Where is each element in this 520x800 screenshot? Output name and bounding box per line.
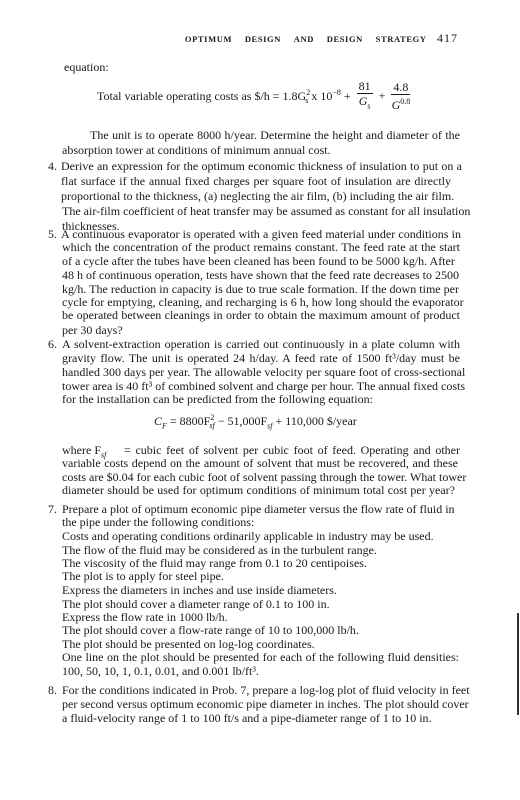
- fraction-81: 81 Gs: [357, 79, 373, 113]
- frac-den: Gs: [357, 94, 373, 113]
- problem-line: a fluid-velocity range of 1 to 100 ft/s …: [62, 711, 432, 725]
- eq-label: Total variable operating costs as $/h = …: [97, 89, 306, 103]
- problem-line: of a cycle after the tubes have been cle…: [62, 254, 452, 268]
- running-head-word: DESIGN: [245, 34, 281, 44]
- problem-line: gravity flow. The unit is operated 24 h/…: [62, 351, 460, 365]
- eq-plus: +: [379, 89, 389, 103]
- problem-line: The air-film coefficient of heat transfe…: [62, 204, 460, 218]
- running-head-title: OPTIMUM DESIGN AND DESIGN STRATEGY: [175, 34, 429, 44]
- frac-num: 4.8: [391, 80, 410, 95]
- frac-den-sup: 0.8: [400, 97, 410, 106]
- problem-line: flat surface if the annual fixed charges…: [61, 174, 451, 188]
- problem-line: be operated between cleanings in order t…: [62, 308, 460, 322]
- problem-line: The viscosity of the fluid may range fro…: [62, 556, 367, 570]
- eq-plus: +: [341, 89, 354, 103]
- running-head-word: DESIGN: [327, 34, 363, 44]
- intro-lead: equation:: [64, 60, 109, 74]
- book-page: OPTIMUM DESIGN AND DESIGN STRATEGY 417 e…: [0, 0, 520, 800]
- problem-line: the pipe under the following conditions:: [62, 515, 254, 529]
- problem-number: 8.: [48, 683, 57, 697]
- problem-number: 6.: [48, 337, 57, 351]
- eq-text: Total variable operating costs as $/h = …: [97, 89, 354, 103]
- problem-line: per 30 days?: [62, 323, 123, 337]
- problem-line: The plot should cover a flow-rate range …: [62, 623, 359, 637]
- problem-line: For the conditions indicated in Prob. 7,…: [62, 683, 456, 697]
- problem-line: Express the flow rate in 1000 lb/h.: [62, 610, 228, 624]
- intro-para-line: absorption tower at conditions of minimu…: [62, 143, 331, 157]
- intro-para-line: The unit is to operate 8000 h/year. Dete…: [90, 128, 460, 142]
- running-head-word: STRATEGY: [376, 34, 427, 44]
- running-head-word: AND: [294, 34, 314, 44]
- problem-line: tower area is 40 ft³ of combined solvent…: [62, 379, 459, 393]
- problem-line: One line on the plot should be presented…: [62, 650, 459, 664]
- page-edge-rule: [517, 613, 519, 715]
- problem-line: handled 300 days per year. The allowable…: [62, 365, 458, 379]
- eq-term: = 8800F: [167, 414, 210, 428]
- fixed-cost-equation: CF = 8800F2sf − 51,000Fsf + 110,000 $/ye…: [154, 413, 357, 430]
- problem-line: 48 h of continuous operation, tests have…: [62, 268, 459, 282]
- problem-number: 5.: [48, 227, 57, 241]
- eq-lhs: C: [154, 414, 162, 428]
- problem-line: kg/h. The reduction in capacity is due t…: [62, 282, 459, 296]
- problem-number: 7.: [48, 502, 57, 516]
- problem-line: which the concentration of the product r…: [62, 240, 460, 254]
- problem-line: Derive an expression for the optimum eco…: [61, 159, 462, 173]
- problem-line: A continuous evaporator is operated with…: [61, 227, 461, 241]
- eq-term: + 110,000 $/year: [273, 414, 357, 428]
- frac-den-var: G: [392, 98, 401, 112]
- problem-number: 4.: [48, 159, 57, 173]
- running-head-word: OPTIMUM: [185, 34, 232, 44]
- problem-line: A solvent-extraction operation is carrie…: [62, 337, 460, 351]
- frac-den-sub: s: [367, 101, 370, 110]
- problem-line: = cubic feet of solvent per cubic foot o…: [124, 443, 460, 457]
- problem-line: diameter should be used for optimum cond…: [62, 483, 455, 497]
- problem-line: Express the diameters in inches and use …: [62, 583, 337, 597]
- eq-term: − 51,000F: [215, 414, 267, 428]
- problem-line: Costs and operating conditions ordinaril…: [62, 529, 434, 543]
- problem-line: proportional to the thickness, (a) negle…: [61, 189, 452, 203]
- problem-line: The plot should be presented on log-log …: [62, 637, 315, 651]
- eq-mid: x 10: [308, 89, 332, 103]
- problem-line: costs are $0.04 for each cubic foot of s…: [62, 470, 459, 484]
- fraction-4-8: 4.8 G0.8: [391, 80, 410, 112]
- problem-line: per second versus optimum economic pipe …: [62, 697, 459, 711]
- problem-line: The plot is to apply for steel pipe.: [62, 569, 224, 583]
- problem-line: The flow of the fluid may be considered …: [62, 543, 377, 557]
- problem-line: for the installation can be predicted fr…: [62, 392, 373, 406]
- problem-line: variable costs depend on the amount of s…: [62, 456, 458, 470]
- frac-num: 81: [357, 79, 373, 94]
- running-head: OPTIMUM DESIGN AND DESIGN STRATEGY 417: [0, 31, 458, 46]
- page-number: 417: [437, 31, 458, 45]
- problem-line: The plot should cover a diameter range o…: [62, 597, 330, 611]
- eq-exp: −8: [332, 88, 341, 97]
- problem-line: 100, 50, 10, 1, 0.1, 0.01, and 0.001 lb/…: [62, 664, 259, 678]
- frac-den: G0.8: [391, 95, 410, 112]
- operating-cost-equation: Total variable operating costs as $/h = …: [97, 79, 413, 113]
- problem-line: cycle for emptying, cleaning, and rechar…: [62, 295, 461, 309]
- where-text: where F: [62, 443, 101, 457]
- problem-line: Prepare a plot of optimum economic pipe …: [62, 502, 454, 516]
